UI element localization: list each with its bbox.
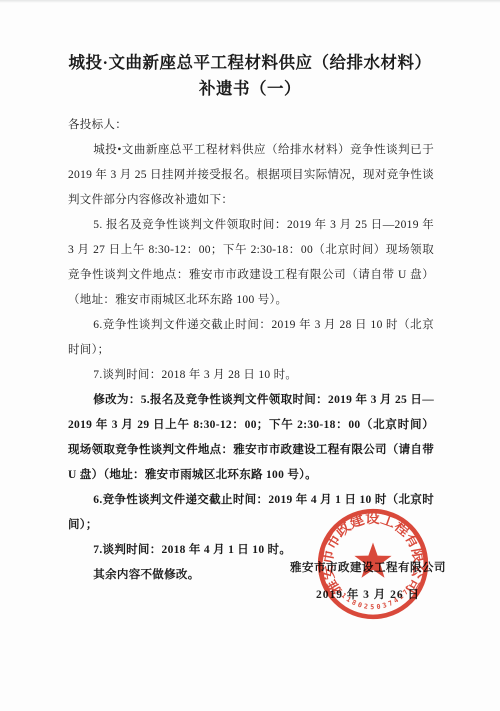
page-title: 城投·文曲新座总平工程材料供应（给排水材料）补遗书（一） [64,50,436,102]
original-item-6: 6.竞争性谈判文件递交截止时间：2019 年 3 月 28 日 10 时（北京时… [68,313,434,363]
scan-edge-artifact [0,0,500,3]
original-item-5: 5. 报名及竞争性谈判文件领取时间：2019 年 3 月 25 日—2019 年… [68,213,434,313]
seal-star-icon [354,542,391,577]
document-page: 城投·文曲新座总平工程材料供应（给排水材料）补遗书（一） 各投标人： 城投•文曲… [0,0,500,711]
original-item-7: 7.谈判时间：2018 年 3 月 28 日 10 时。 [68,363,434,388]
intro-paragraph: 城投•文曲新座总平工程材料供应（给排水材料）竞争性谈判已于 2019 年 3 月… [68,138,434,213]
salutation: 各投标人： [68,113,434,138]
company-seal: 雅安市市政建设工程有限公司 5118025037427 [296,487,450,641]
revised-item-5: 修改为：5.报名及竞争性谈判文件领取时间：2019 年 3 月 25 日—201… [68,388,434,488]
